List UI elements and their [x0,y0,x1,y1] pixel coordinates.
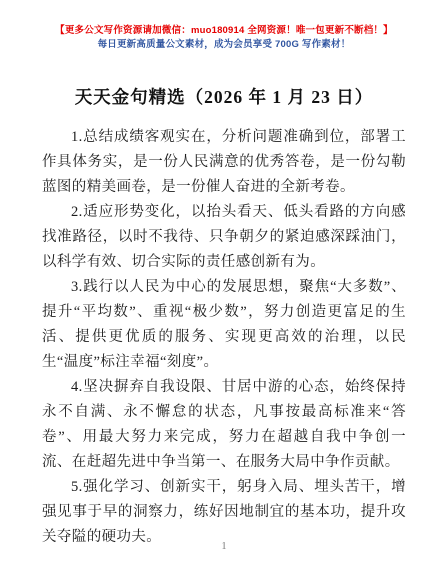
document-body: 1.总结成绩客观实在，分析问题准确到位，部署工作具体务实，是一份人民满意的优秀答… [42,125,406,550]
page-number: 1 [0,541,448,552]
paragraph-4: 4.坚决摒弃自我设限、甘居中游的心态，始终保持永不自满、永不懈怠的状态，凡事按最… [42,375,406,475]
paragraph-3: 3.践行以人民为中心的发展思想，聚焦“大多数”、提升“平均数”、重视“极少数”，… [42,275,406,375]
paragraph-5: 5.强化学习、创新实干，躬身入局、埋头苦干，增强见事于早的洞察力，练好因地制宜的… [42,475,406,550]
paragraph-1: 1.总结成绩客观实在，分析问题准确到位，部署工作具体务实，是一份人民满意的优秀答… [42,125,406,200]
paragraph-2: 2.适应形势变化，以抬头看天、低头看路的方向感找准路径，以时不我待、只争朝夕的紧… [42,200,406,275]
ad-header-line2: 每日更新高质量公文素材，成为会员享受 700G 写作素材！ [0,38,448,52]
page-title: 天天金句精选（2026 年 1 月 23 日） [0,84,448,109]
ad-header: 【更多公文写作资源请加微信：muo180914 全网资源！唯一包更新不断档！】 … [0,0,448,52]
ad-header-line1: 【更多公文写作资源请加微信：muo180914 全网资源！唯一包更新不断档！】 [0,24,448,38]
document-page: 【更多公文写作资源请加微信：muo180914 全网资源！唯一包更新不断档！】 … [0,0,448,580]
